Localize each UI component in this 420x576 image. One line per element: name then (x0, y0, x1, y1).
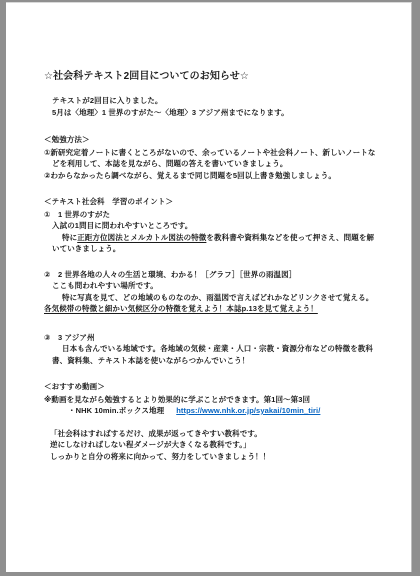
study-method-section: ＜勉強方法＞ ①新研究定着ノートに書くところがないので、余っているノートや社会科… (44, 134, 377, 181)
study-method-item-2: ②わからなかったら調べながら、覚えるまで同じ問題を5回以上書き勉強しましょう。 (44, 170, 377, 182)
point-line: 特に写真を見て、どの地域のものなのか、雨温図で言えばどれかなどリンクさせて覚える… (52, 292, 377, 304)
closing-line: しっかりと自分の将来に向かって、努力をしていきましょう！！ (50, 451, 377, 463)
section-heading-videos: ＜おすすめ動画＞ (44, 381, 377, 393)
point-underlined-line: 各気候帯の特徴と細かい気候区分の特徴を覚えよう！本誌p.13を見て覚えよう！ (44, 303, 377, 315)
point-title: ① 1 世界のすがた (44, 209, 377, 221)
video-label: ・NHK 10min.ボックス地理 (68, 406, 164, 415)
point-title: ② 2 世界各地の人々の生活と環境、わかる！［グラフ］［世界の雨温図］ (44, 269, 377, 281)
closing-line: 「社会科はすればするだけ、成果が返ってきやすい教科です。 (50, 428, 377, 440)
point-line: 日本も含んでいる地域です。各地域の気候・産業・人口・宗教・資源分布などの特徴を教… (52, 343, 377, 366)
point-line-emphasis: 特に正距方位図法とメルカトル図法の特徴を教科書や資料集などを使って押さえ、問題を… (52, 232, 377, 255)
emphasis-prefix: 特に (62, 233, 77, 242)
section-heading-study-method: ＜勉強方法＞ (44, 134, 377, 146)
point-line: ここも問われやすい場所です。 (52, 280, 377, 292)
section-heading-points: ＜テキスト社会科 学習のポイント＞ (44, 196, 377, 208)
videos-note: ※動画を見ながら勉強するとより効果的に学ぶことができます。第1回～第3回 (44, 394, 377, 406)
closing-line: 逆にしなければしない程ダメージが大きくなる教科です。」 (50, 439, 377, 451)
intro-line: 5月は〈地理〉1 世界のすがた～〈地理〉3 アジア州までになります。 (52, 107, 377, 119)
video-item: ・NHK 10min.ボックス地理https://www.nhk.or.jp/s… (68, 405, 377, 417)
document-page: ☆社会科テキスト2回目についてのお知らせ☆ テキストが2回目に入りました。 5月… (6, 2, 412, 572)
intro-block: テキストが2回目に入りました。 5月は〈地理〉1 世界のすがた～〈地理〉3 アジ… (52, 95, 377, 118)
point-life-environment: ② 2 世界各地の人々の生活と環境、わかる！［グラフ］［世界の雨温図］ ここも問… (44, 269, 377, 315)
page-title: ☆社会科テキスト2回目についてのお知らせ☆ (44, 71, 377, 83)
recommended-videos-section: ＜おすすめ動画＞ ※動画を見ながら勉強するとより効果的に学ぶことができます。第1… (44, 381, 377, 417)
closing-message: 「社会科はすればするだけ、成果が返ってきやすい教科です。 逆にしなければしない程… (50, 428, 377, 463)
point-world-shape: ① 1 世界のすがた 入試の1問目に問われやすいところです。 特に正距方位図法と… (44, 209, 377, 255)
nhk-video-link[interactable]: https://www.nhk.or.jp/syakai/10min_tiri/ (176, 406, 320, 415)
point-line: 入試の1問目に問われやすいところです。 (52, 220, 377, 232)
emphasis-underlined-text: 正距方位図法とメルカトル図法の特徴 (77, 233, 206, 242)
study-method-item-1: ①新研究定着ノートに書くところがないので、余っているノートや社会科ノート、新しい… (44, 147, 377, 170)
point-asia: ③ 3 アジア州 日本も含んでいる地域です。各地域の気候・産業・人口・宗教・資源… (44, 332, 377, 367)
intro-line: テキストが2回目に入りました。 (52, 95, 377, 107)
point-title: ③ 3 アジア州 (44, 332, 377, 344)
